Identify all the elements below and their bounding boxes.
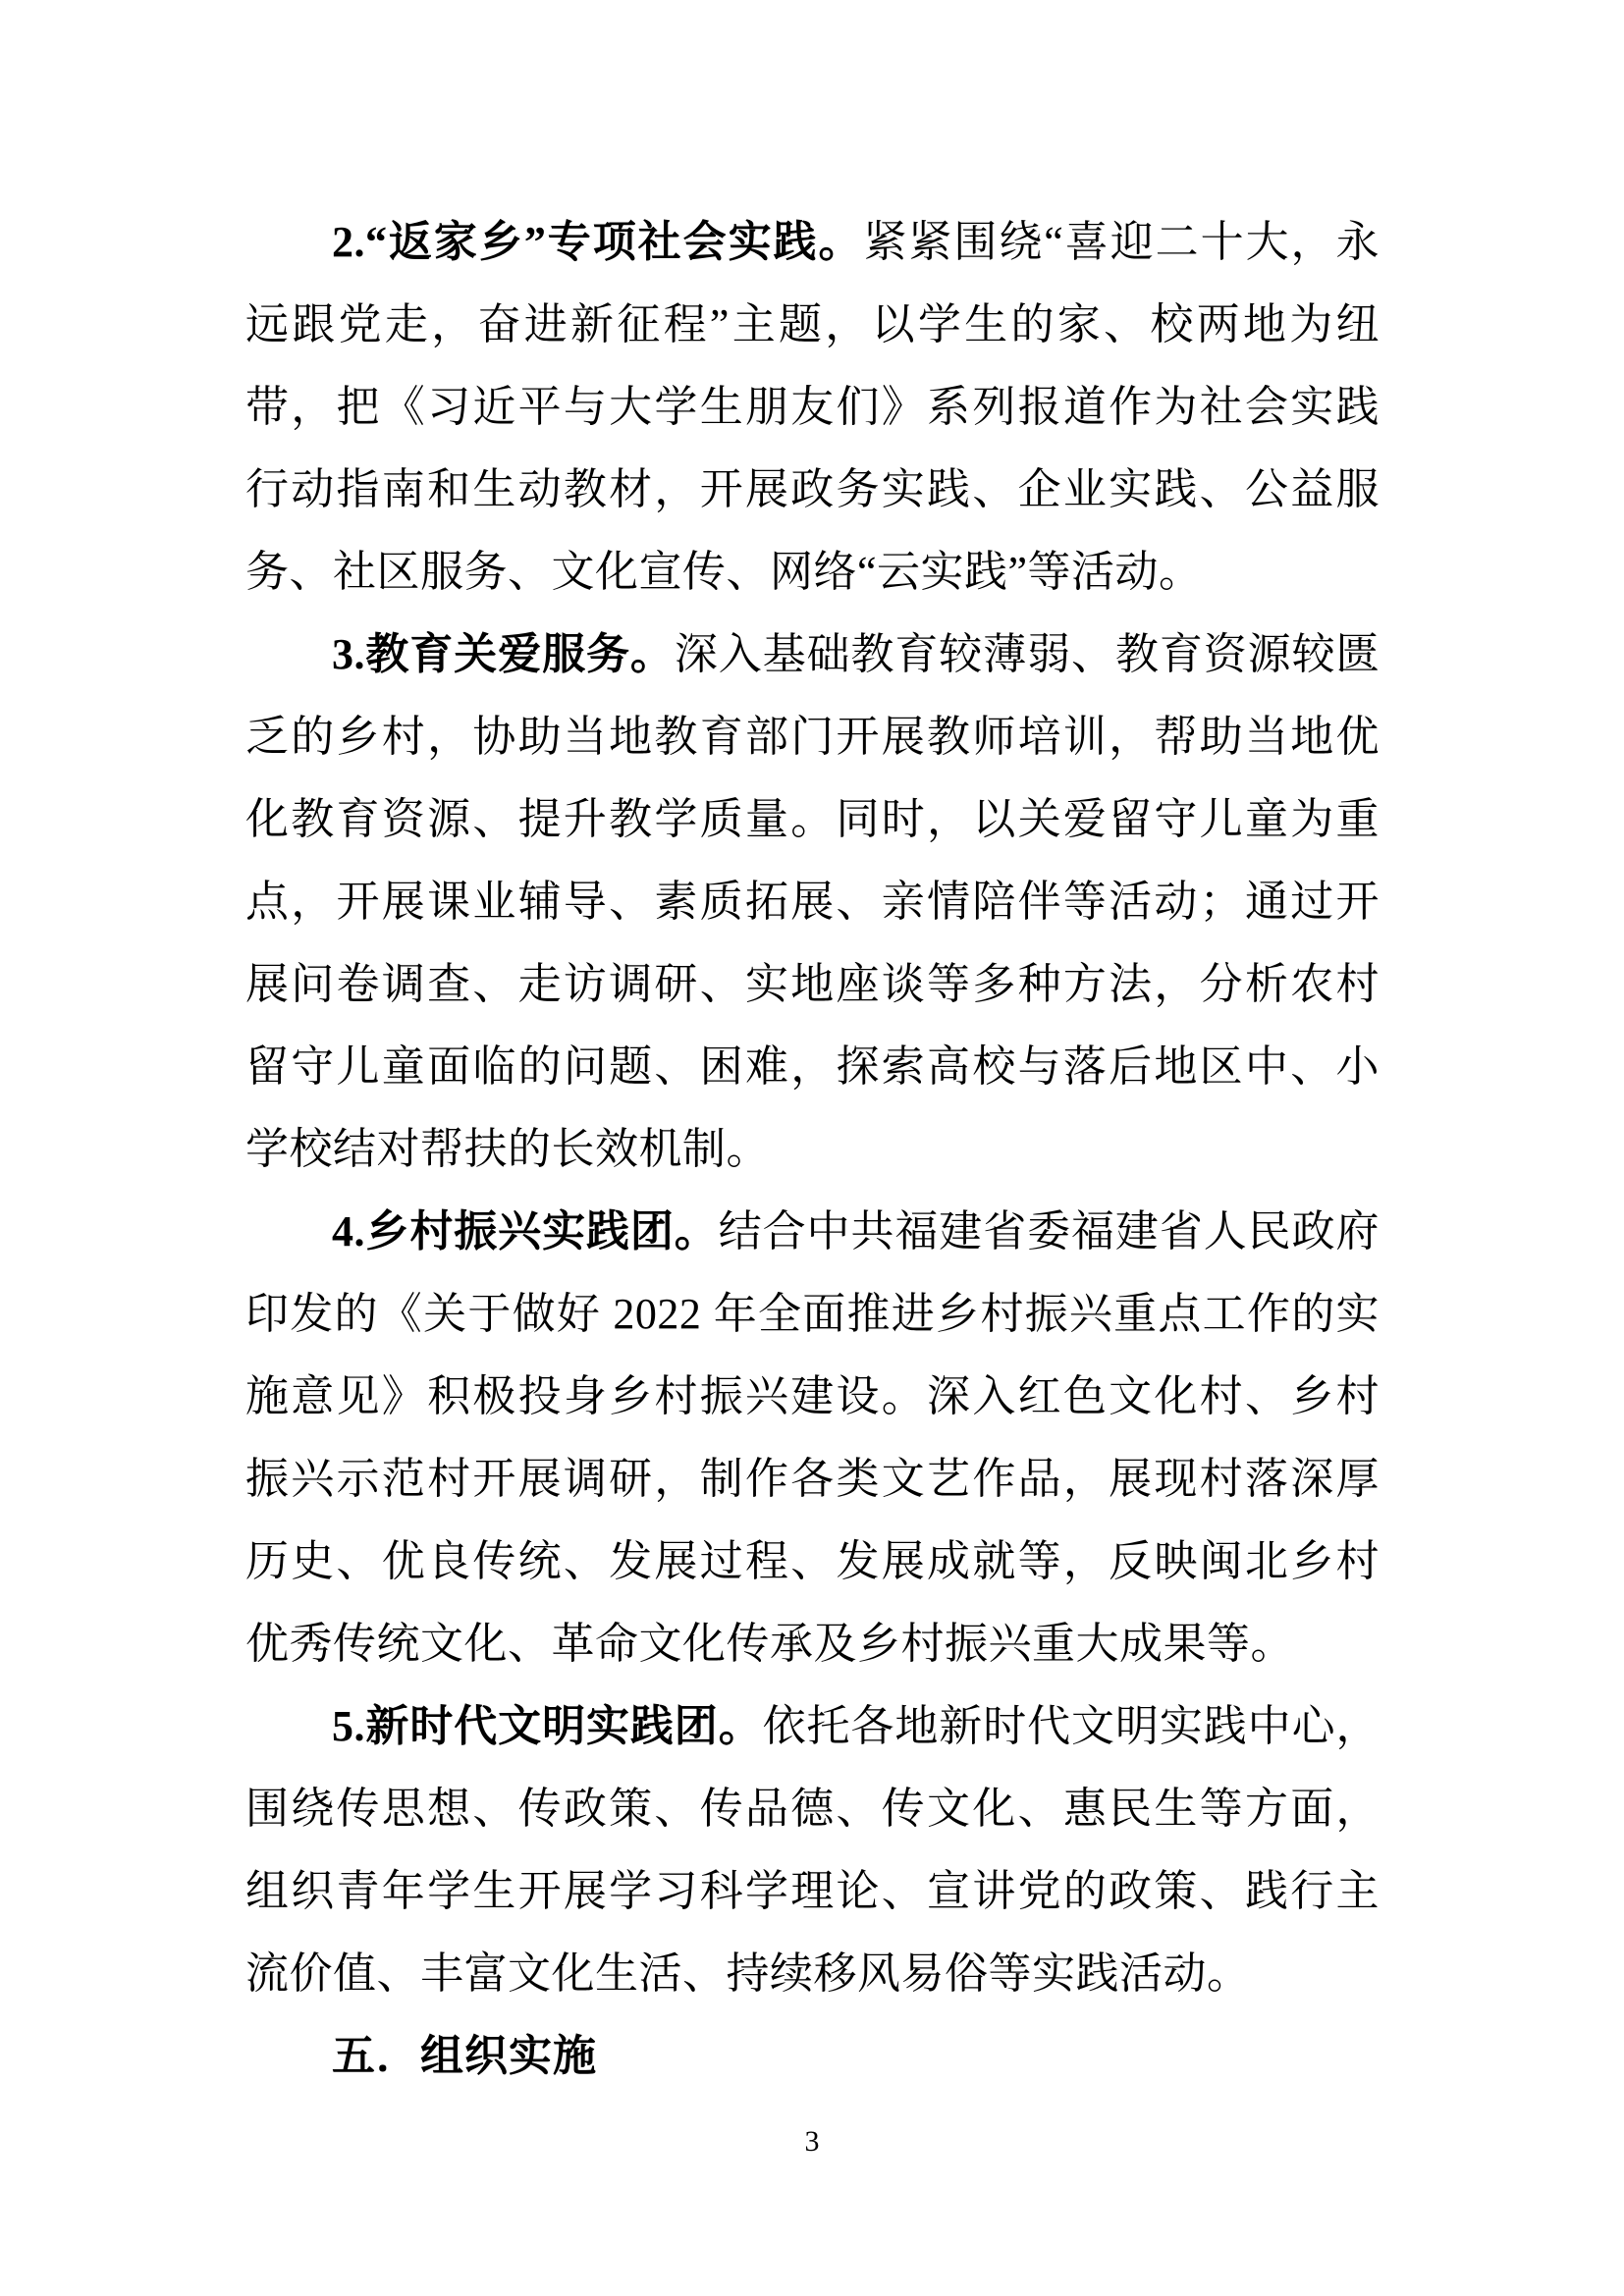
paragraph-education-care-service: 3.教育关爱服务。深入基础教育较薄弱、教育资源较匮乏的乡村，协助当地教育部门开展… [245, 614, 1380, 1191]
paragraph-2-lead: 2.“返家乡”专项社会实践。 [332, 218, 863, 266]
page-number: 3 [0, 2122, 1624, 2162]
document-body: 2.“返家乡”专项社会实践。紧紧围绕“喜迎二十大，永远跟党走，奋进新征程”主题，… [245, 201, 1380, 2098]
paragraph-new-era-civilization-team: 5.新时代文明实践团。依托各地新时代文明实践中心，围绕传思想、传政策、传品德、传… [245, 1685, 1380, 2015]
paragraph-4-body: 结合中共福建省委福建省人民政府印发的《关于做好 2022 年全面推进乡村振兴重点… [245, 1207, 1380, 1668]
paragraph-3-lead: 3.教育关爱服务。 [332, 630, 675, 678]
paragraph-5-lead: 5.新时代文明实践团。 [332, 1702, 763, 1750]
paragraph-rural-revitalization-team: 4.乡村振兴实践团。结合中共福建省委福建省人民政府印发的《关于做好 2022 年… [245, 1191, 1380, 1685]
paragraph-return-hometown-practice: 2.“返家乡”专项社会实践。紧紧围绕“喜迎二十大，永远跟党走，奋进新征程”主题，… [245, 201, 1380, 614]
paragraph-2-body: 紧紧围绕“喜迎二十大，永远跟党走，奋进新征程”主题，以学生的家、校两地为纽带，把… [245, 218, 1380, 596]
document-page: 2.“返家乡”专项社会实践。紧紧围绕“喜迎二十大，永远跟党走，奋进新征程”主题，… [0, 0, 1624, 2296]
paragraph-4-lead: 4.乡村振兴实践团。 [332, 1207, 719, 1255]
section-heading-organization-implementation: 五．组织实施 [245, 2015, 1380, 2098]
paragraph-3-body: 深入基础教育较薄弱、教育资源较匮乏的乡村，协助当地教育部门开展教师培训，帮助当地… [245, 630, 1380, 1173]
